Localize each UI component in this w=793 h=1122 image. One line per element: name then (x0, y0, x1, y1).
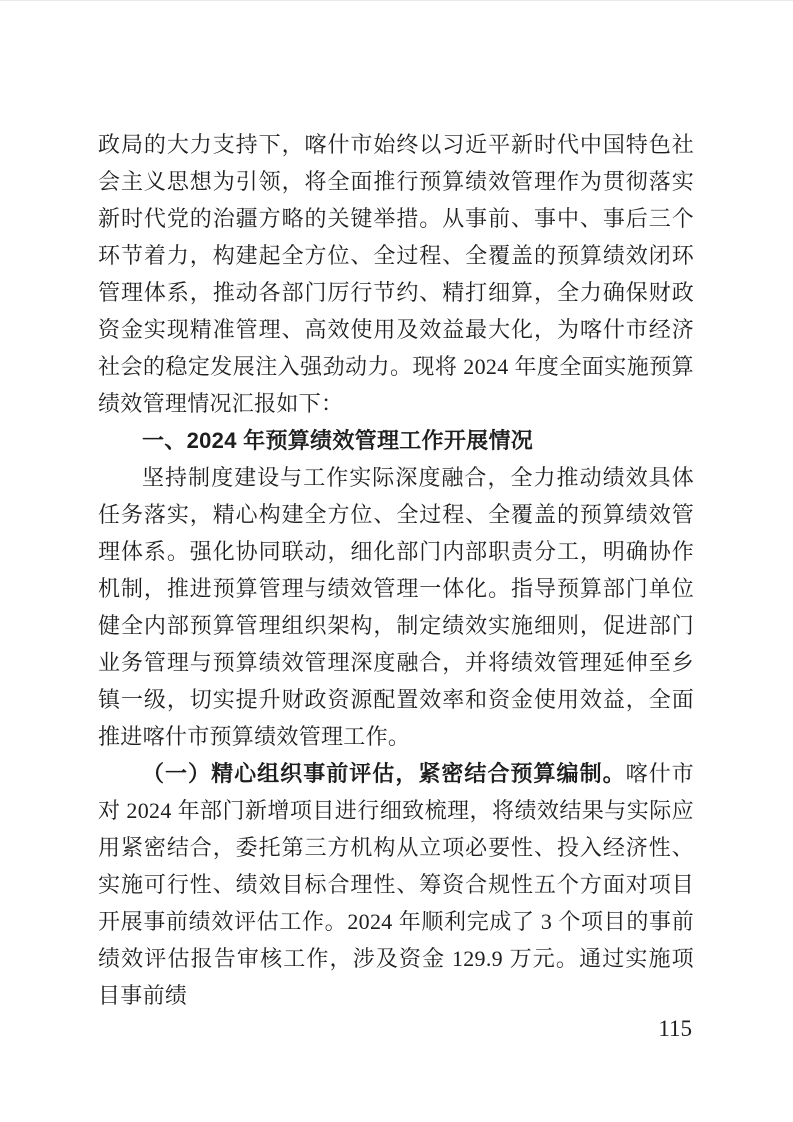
section-heading-1: 一、2024 年预算绩效管理工作开展情况 (98, 422, 694, 459)
page-number: 115 (658, 1016, 692, 1042)
paragraph-pre-evaluation-body: 喀什市对 2024 年部门新增项目进行细致梳理，将绩效结果与实际应用紧密结合，委… (98, 761, 694, 1008)
paragraph-intro-continuation: 政局的大力支持下，喀什市始终以习近平新时代中国特色社会主义思想为引领，将全面推行… (98, 126, 694, 422)
text-block: 政局的大力支持下，喀什市始终以习近平新时代中国特色社会主义思想为引领，将全面推行… (98, 126, 694, 1014)
paragraph-pre-evaluation: （一）精心组织事前评估，紧密结合预算编制。喀什市对 2024 年部门新增项目进行… (98, 755, 694, 1014)
paragraph-section-overview: 坚持制度建设与工作实际深度融合，全力推动绩效具体任务落实，精心构建全方位、全过程… (98, 459, 694, 755)
document-page: 政局的大力支持下，喀什市始终以习近平新时代中国特色社会主义思想为引领，将全面推行… (0, 0, 793, 1122)
page-top-edge (0, 0, 793, 1)
paragraph-pre-evaluation-lead: （一）精心组织事前评估，紧密结合预算编制。 (142, 761, 626, 786)
